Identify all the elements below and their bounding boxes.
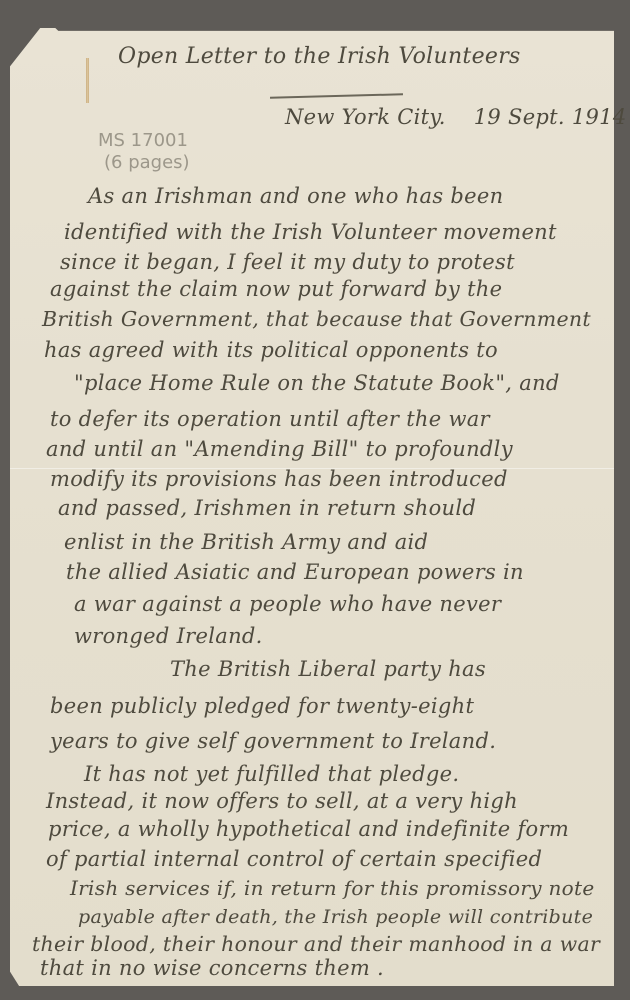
letter-line: to defer its operation until after the w…	[50, 407, 490, 431]
letter-line: payable after death, the Irish people wi…	[78, 906, 593, 928]
letter-line: against the claim now put forward by the	[50, 277, 502, 301]
letter-line: that in no wise concerns them .	[40, 956, 384, 980]
letter-line: enlist in the British Army and aid	[64, 530, 428, 554]
letter-line: since it began, I feel it my duty to pro…	[60, 250, 515, 274]
letter-line: Instead, it now offers to sell, at a ver…	[46, 789, 518, 813]
letter-line: price, a wholly hypothetical and indefin…	[48, 817, 569, 841]
archive-ms-number: MS 17001	[98, 130, 188, 151]
letter-line: The British Liberal party has	[170, 657, 486, 681]
letter-line: identified with the Irish Volunteer move…	[64, 220, 557, 244]
letter-line: years to give self government to Ireland…	[50, 729, 496, 753]
letter-line: of partial internal control of certain s…	[46, 847, 542, 871]
letter-line: the allied Asiatic and European powers i…	[66, 560, 524, 584]
letter-place: New York City.	[285, 105, 446, 129]
letter-title: Open Letter to the Irish Volunteers	[118, 44, 521, 69]
paper-tear-mark	[86, 58, 89, 103]
letter-dateline: New York City. 19 Sept. 1914	[285, 105, 627, 129]
letter-line: their blood, their honour and their manh…	[32, 932, 600, 956]
letter-date: 19 Sept. 1914	[474, 105, 627, 129]
letter-line: and until an "Amending Bill" to profound…	[46, 437, 513, 461]
letter-line: As an Irishman and one who has been	[88, 184, 503, 208]
letter-line: "place Home Rule on the Statute Book", a…	[74, 371, 560, 395]
letter-line: British Government, that because that Go…	[42, 307, 591, 331]
letter-line: and passed, Irishmen in return should	[58, 496, 476, 520]
archive-page-count: (6 pages)	[104, 152, 190, 173]
letter-line: It has not yet fulfilled that pledge.	[84, 762, 459, 786]
letter-line: modify its provisions has been introduce…	[50, 467, 508, 491]
letter-line: wronged Ireland.	[74, 624, 263, 648]
letter-line: a war against a people who have never	[74, 592, 501, 616]
letter-line: Irish services if, in return for this pr…	[70, 876, 594, 900]
letter-line: has agreed with its political opponents …	[44, 338, 498, 362]
letter-line: been publicly pledged for twenty-eight	[50, 694, 474, 718]
